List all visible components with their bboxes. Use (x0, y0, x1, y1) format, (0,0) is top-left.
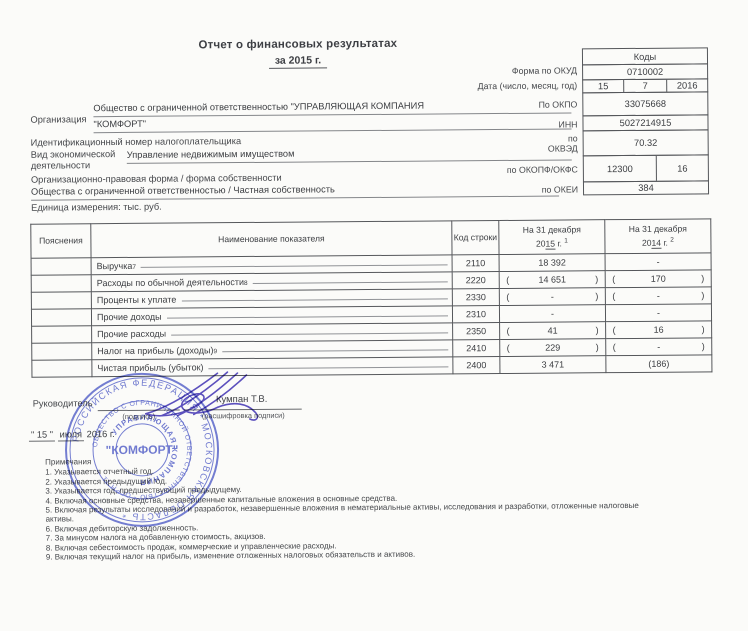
date-label: Дата (число, месяц, год) (367, 80, 577, 92)
okved-value: 70.32 (583, 129, 709, 156)
legal-form-label: Организационно-правовая форма / форма со… (31, 173, 282, 185)
legal-form-rule (31, 182, 559, 201)
value-2014-cell: (-) (605, 287, 711, 305)
value-2015-cell: (41) (500, 322, 606, 340)
okopf-label: по ОКОПФ/ОКФС (368, 164, 578, 176)
value-2014-cell: (16) (606, 321, 712, 339)
org-name-rule2 (93, 114, 571, 133)
okfs-value: 16 (656, 155, 708, 180)
value-2014-cell: - (605, 253, 711, 271)
okpo-value: 33075668 (582, 91, 708, 116)
explanations-cell (32, 326, 92, 343)
financial-results-table: Пояснения Наименование показателя Код ст… (30, 218, 712, 377)
value-2014-cell: - (605, 304, 711, 322)
value-2015-cell: 18 392 (499, 254, 605, 272)
value-2015-cell: 3 471 (500, 356, 606, 374)
value-2015-cell: (229) (500, 339, 606, 357)
table-header-row: Пояснения Наименование показателя Код ст… (31, 219, 711, 258)
value-2015-cell: (14 651) (499, 271, 605, 289)
line-code-cell: 2330 (452, 289, 499, 306)
value-2015-cell: - (499, 305, 605, 323)
header-indicator-name: Наименование показателя (91, 221, 452, 258)
date-day-value: " 15 " (29, 430, 55, 442)
explanations-cell (31, 309, 91, 326)
explanations-cell (31, 292, 91, 309)
activity-rule (127, 145, 572, 163)
header-year-2014: На 31 декабря 2014 г. 2 (605, 219, 711, 254)
line-code-cell: 2310 (452, 306, 499, 323)
report-period: за 2015 г. (269, 54, 327, 68)
inn-caption: Идентификационный номер налогоплательщик… (31, 136, 242, 148)
stamp-center-text: "КОМФОРТ" (106, 443, 179, 458)
scanned-report-page: Отчет о финансовых результатах за 2015 г… (0, 0, 748, 631)
value-2014-cell: (186) (606, 355, 712, 373)
value-2015-cell: (-) (499, 288, 605, 306)
okud-label: Форма по ОКУД (367, 65, 577, 77)
header-year-2015: На 31 декабря 2015 г. 1 (499, 220, 605, 255)
header-line-code: Код строки (452, 221, 499, 255)
unit-of-measure: Единица измерения: тыс. руб. (31, 202, 162, 213)
activity-label-line1: Вид экономической (31, 149, 116, 160)
activity-label-line2: деятельности (31, 160, 90, 170)
handwritten-signature-icon (105, 369, 305, 431)
date-year: 2016 (666, 79, 707, 91)
value-2014-cell: (-) (606, 338, 712, 356)
explanations-cell (31, 258, 91, 275)
org-label: Организация (30, 114, 86, 124)
okopf-value: 12300 (584, 156, 656, 182)
date-day: 15 (583, 80, 623, 92)
date-month: 7 (623, 80, 666, 92)
line-code-cell: 2400 (453, 357, 500, 374)
report-title-block: Отчет о финансовых результатах за 2015 г… (128, 37, 468, 70)
line-code-cell: 2110 (452, 255, 499, 272)
line-code-cell: 2220 (452, 272, 499, 289)
line-code-cell: 2350 (453, 323, 500, 340)
okopf-okfs-row: 12300 16 (583, 154, 709, 182)
line-code-cell: 2410 (453, 340, 500, 357)
okei-value: 384 (583, 180, 709, 195)
value-2014-cell: (170) (605, 270, 711, 288)
header-explanations: Пояснения (31, 224, 91, 258)
explanations-cell (31, 275, 91, 292)
explanations-cell (32, 343, 92, 360)
